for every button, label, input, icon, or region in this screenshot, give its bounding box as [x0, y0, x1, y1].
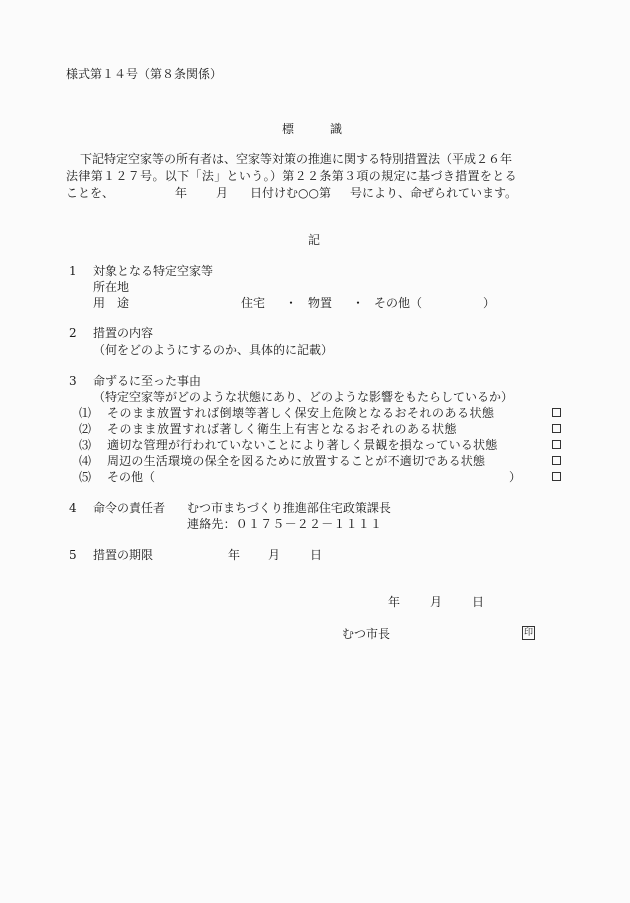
reason-item-4-text: 周辺の生活環境の保全を図るために放置することが不適切である状態	[107, 453, 485, 469]
section-3-note: （特定空家等がどのような状態にあり、どのような影響をもたらしているか）	[93, 389, 513, 405]
reason-item-4-checkbox[interactable]	[552, 456, 561, 465]
seal-icon: 印	[522, 626, 535, 640]
section-3-number: 3	[69, 373, 77, 389]
section-2-number: 2	[69, 325, 77, 341]
use-label: 用 途	[93, 295, 129, 311]
reason-item-3-text: 適切な管理が行われていないことにより著しく景観を損なっている状態	[107, 437, 497, 453]
intro-line-3-end: 号により、命ぜられています。	[350, 185, 517, 201]
section-4-heading: 命令の責任者	[93, 500, 165, 516]
section-2-heading: 措置の内容	[93, 325, 153, 341]
reason-item-5-close: ）	[509, 469, 521, 485]
ki-heading: 記	[308, 232, 320, 248]
document-page: 様式第１４号（第８条関係） 標 識 下記特定空家等の所有者は、空家等対策の推進に…	[0, 0, 630, 903]
contact-number: 連絡先：０１７５－２２－１１１１	[187, 516, 382, 532]
issue-day: 日	[472, 594, 484, 610]
reason-item-3-checkbox[interactable]	[552, 440, 561, 449]
intro-line-2: 法律第１２７号。以下「法」という。）第２２条第３項の規定に基づき措置をとる	[66, 168, 517, 184]
reason-item-5-text: その他（	[107, 469, 155, 485]
intro-year-field: 年	[175, 185, 187, 201]
use-separator-2: ・	[352, 295, 364, 311]
reason-item-2-number: ⑵	[79, 421, 91, 437]
intro-line-1: 下記特定空家等の所有者は、空家等対策の推進に関する特別措置法（平成２６年	[80, 151, 562, 167]
section-3-heading: 命ずるに至った事由	[93, 373, 201, 389]
reason-item-1-number: ⑴	[79, 405, 91, 421]
document-title: 標 識	[282, 121, 342, 137]
location-label: 所在地	[93, 279, 129, 295]
use-option-other-close: ）	[483, 295, 495, 311]
intro-month-field: 月	[216, 185, 228, 201]
use-option-other: その他（	[374, 295, 422, 311]
reason-item-2-checkbox[interactable]	[552, 424, 561, 433]
issuer-name: むつ市長	[342, 626, 390, 642]
form-number: 様式第１４号（第８条関係）	[66, 66, 222, 82]
deadline-day: 日	[310, 547, 322, 563]
use-separator-1: ・	[285, 295, 297, 311]
section-4-number: 4	[69, 500, 77, 516]
reason-item-5-number: ⑸	[79, 469, 91, 485]
section-2-note: （何をどのようにするのか、具体的に記載）	[93, 342, 333, 358]
reason-item-3-number: ⑶	[79, 437, 91, 453]
section-5-heading: 措置の期限	[93, 547, 153, 563]
issue-month: 月	[430, 594, 442, 610]
section-5-number: 5	[69, 547, 77, 563]
issue-year: 年	[388, 594, 400, 610]
use-option-storage: 物置	[308, 295, 332, 311]
reason-item-4-number: ⑷	[79, 453, 91, 469]
reason-item-1-checkbox[interactable]	[552, 408, 561, 417]
deadline-year: 年	[228, 547, 240, 563]
intro-text-1: 下記特定空家等の所有者は、空家等対策の推進に関する特別措置法（平成２６年	[80, 151, 512, 167]
deadline-month: 月	[268, 547, 280, 563]
reason-item-1-text: そのまま放置すれば倒壊等著しく保安上危険となるおそれのある状態	[107, 405, 495, 421]
reason-item-5-checkbox[interactable]	[552, 472, 561, 481]
intro-day-field: 日付けむ○○第	[250, 185, 331, 201]
responsible-person: むつ市まちづくり推進部住宅政策課長	[187, 500, 391, 516]
intro-line-3-a: ことを、	[66, 185, 114, 201]
section-1-number: 1	[69, 263, 77, 279]
reason-item-2-text: そのまま放置すれば著しく衛生上有害となるおそれのある状態	[107, 421, 457, 437]
use-option-house: 住宅	[241, 295, 265, 311]
section-1-heading: 対象となる特定空家等	[93, 263, 213, 279]
